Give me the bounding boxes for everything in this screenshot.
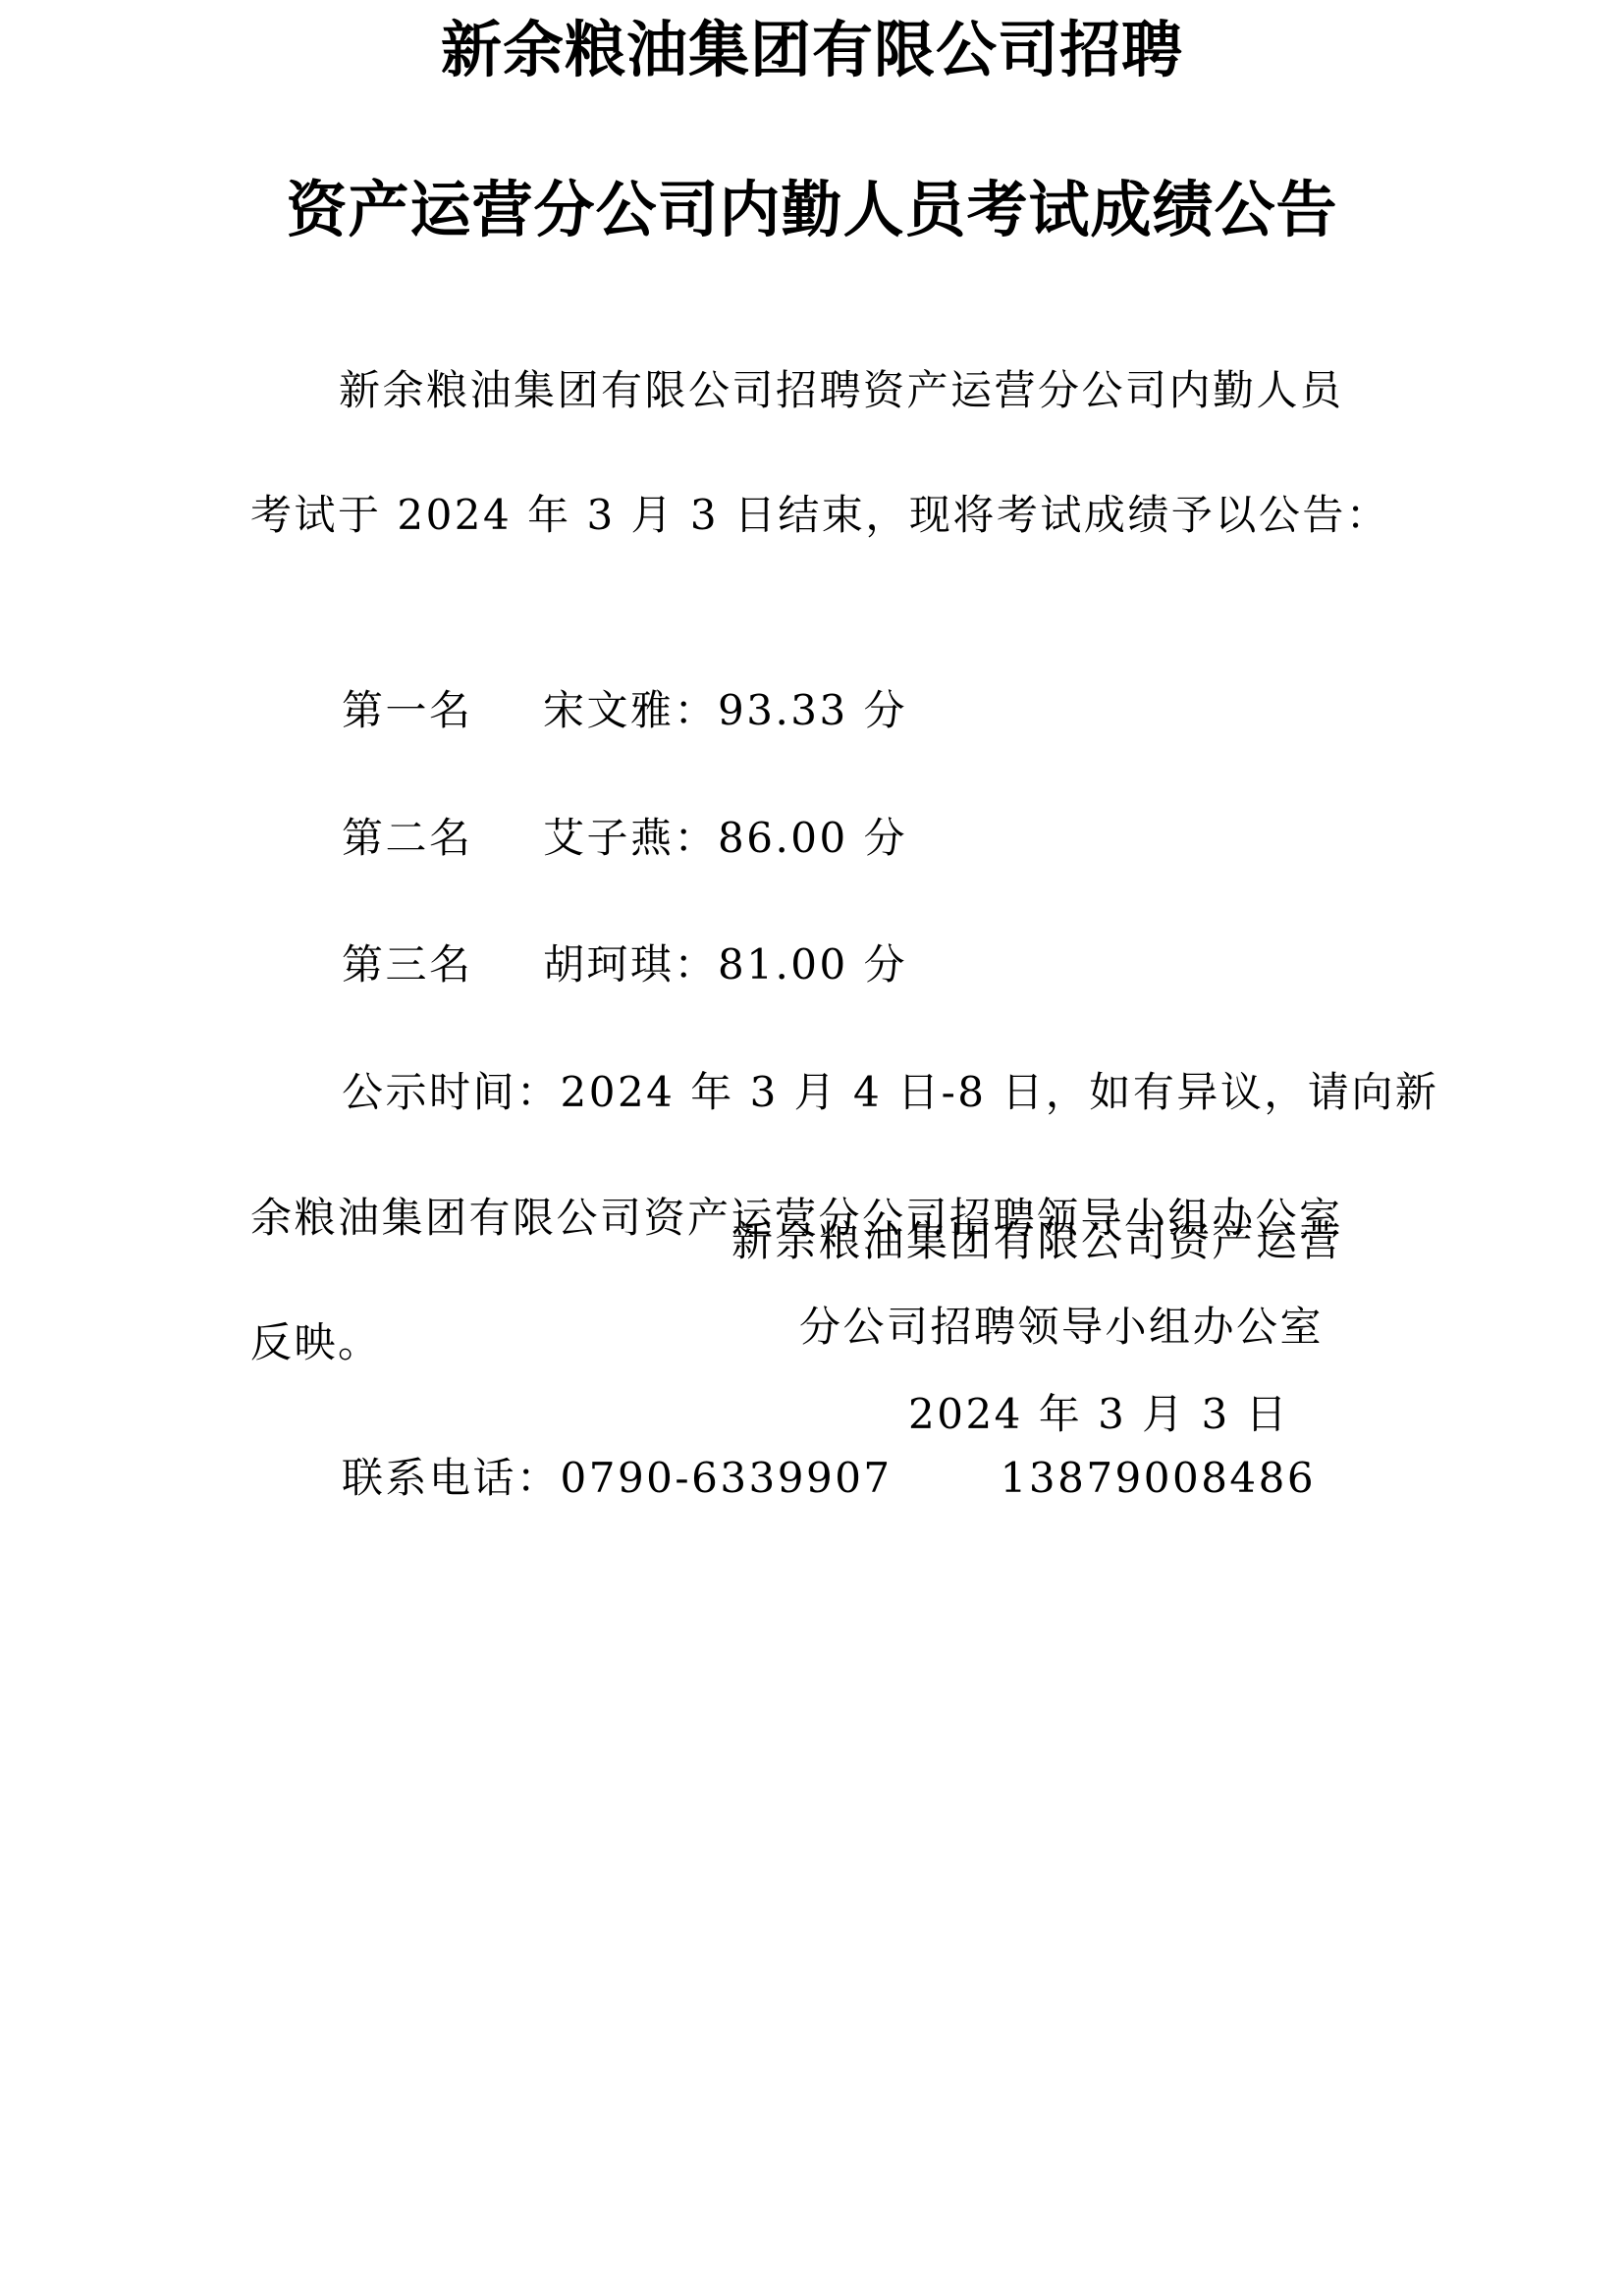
rank-label: 第二名 [342, 818, 543, 859]
notice-line1: 公示时间：2024 年 3 月 4 日-8 日，如有异议，请向新 [342, 1072, 1438, 1113]
rank-label: 第一名 [342, 690, 543, 731]
signature-line2: 分公司招聘领导小组办公室 [799, 1307, 1324, 1348]
rank-label: 第三名 [342, 944, 543, 986]
contact-phone-mobile: 13879008486 [1001, 1454, 1316, 1502]
rank-result: 艾子燕：86.00 分 [543, 814, 907, 862]
contact-phone-landline: 0790-6339907 [561, 1454, 893, 1502]
ranking-row-2: 第二名艾子燕：86.00 分 [342, 818, 907, 859]
ranking-row-1: 第一名宋文雅：93.33 分 [342, 690, 907, 731]
contact-label: 联系电话： [342, 1454, 561, 1502]
contact-line: 联系电话：0790-633990713879008486 [342, 1458, 1316, 1499]
document-title-line2: 资产运营分公司内勤人员考试成绩公告 [0, 180, 1624, 240]
rank-result: 胡珂琪：81.00 分 [543, 940, 907, 988]
intro-line2: 考试于 2024 年 3 月 3 日结束，现将考试成绩予以公告： [250, 495, 1389, 536]
signature-line1: 新余粮油集团有限公司资产运营 [731, 1221, 1343, 1262]
rank-result: 宋文雅：93.33 分 [543, 686, 907, 734]
document-title-line1: 新余粮油集团有限公司招聘 [0, 20, 1624, 80]
intro-line1: 新余粮油集团有限公司招聘资产运营分公司内勤人员 [339, 370, 1344, 411]
signature-date: 2024 年 3 月 3 日 [908, 1394, 1289, 1435]
notice-line3: 反映。 [250, 1322, 382, 1363]
ranking-row-3: 第三名胡珂琪：81.00 分 [342, 944, 907, 986]
